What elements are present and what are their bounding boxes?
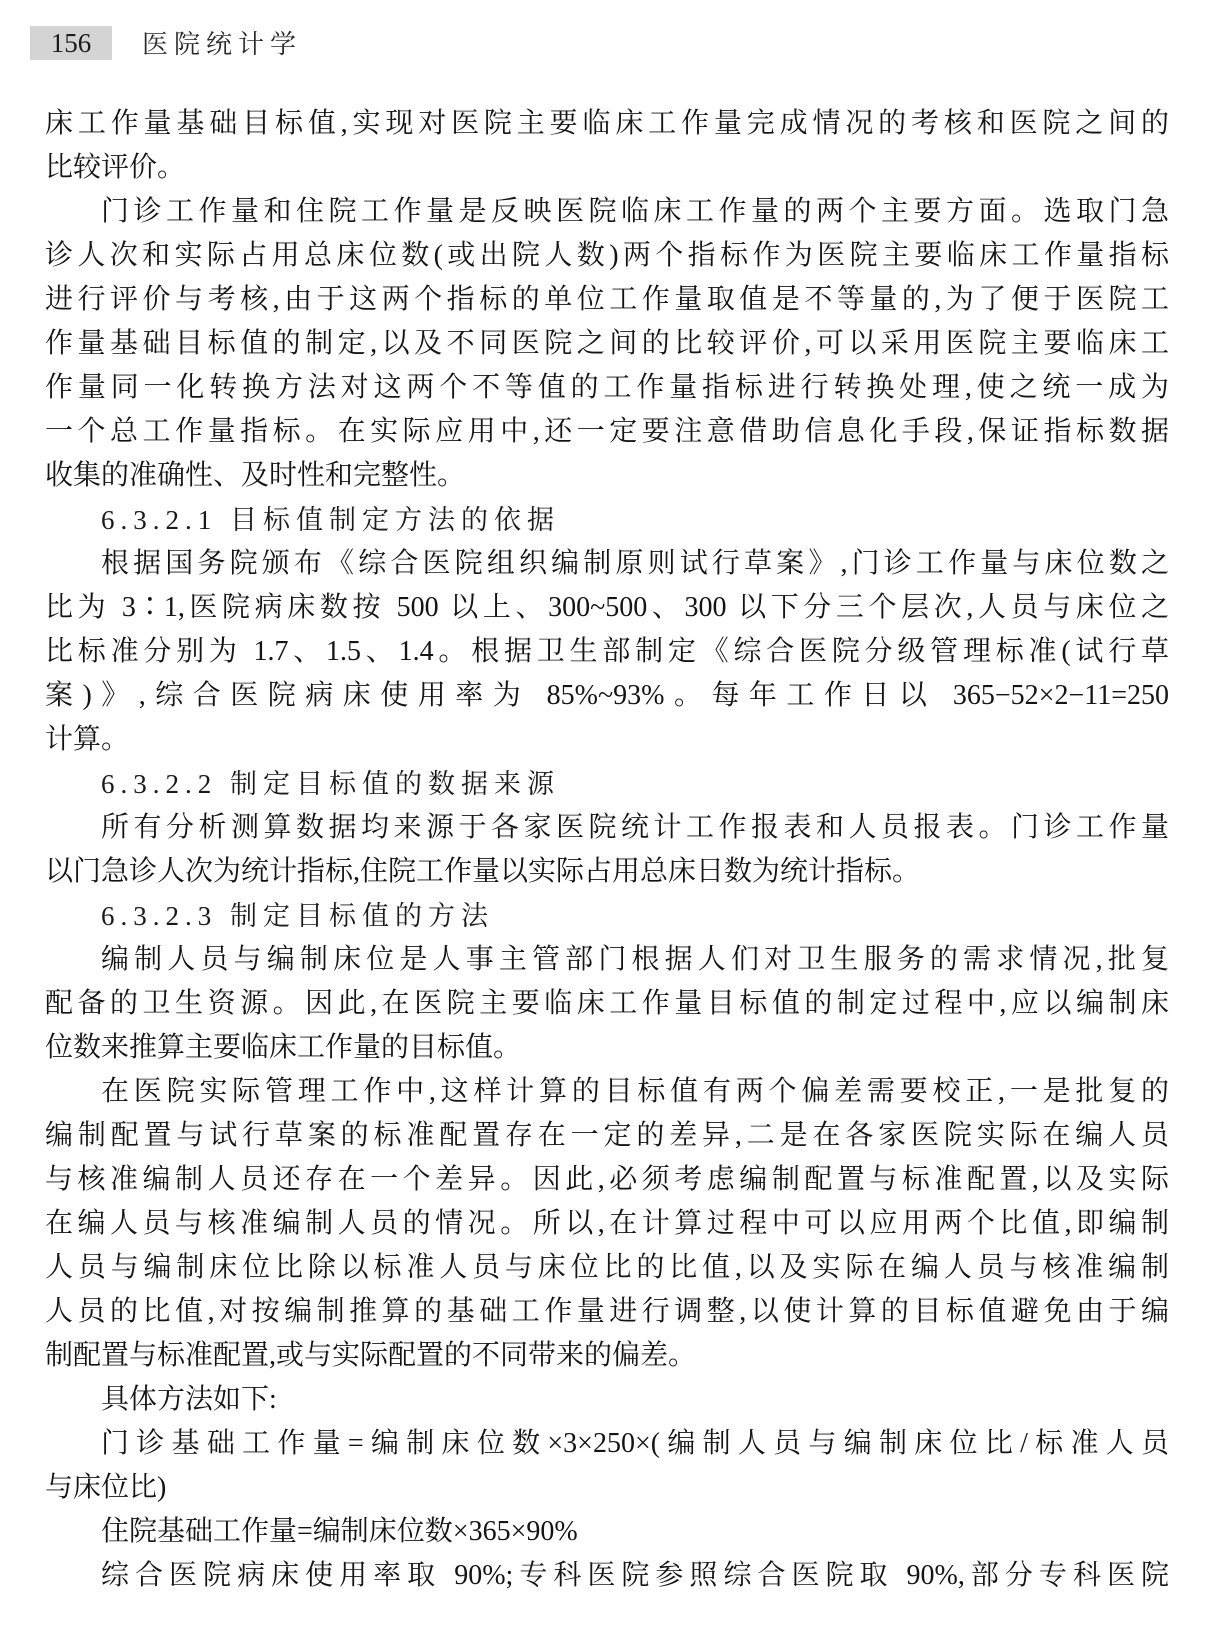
text-line: 比为 3∶1,医院病床数按 500 以上、300~500、300 以下分三个层次…: [45, 586, 1169, 630]
page-number-badge: 156: [30, 26, 112, 60]
text-line: 所有分析测算数据均来源于各家医院统计工作报表和人员报表。门诊工作量: [45, 806, 1169, 850]
text-line: 人员与编制床位比除以标准人员与床位比的比值,以及实际在编人员与核准编制: [45, 1246, 1169, 1290]
text-line: 编制配置与试行草案的标准配置存在一定的差异,二是在各家医院实际在编人员: [45, 1114, 1169, 1158]
text-line: 门诊基础工作量=编制床位数×3×250×(编制人员与编制床位比/标准人员: [45, 1422, 1169, 1466]
text-line: 比较评价。: [45, 146, 1169, 190]
text-line: 人员的比值,对按编制推算的基础工作量进行调整,以使计算的目标值避免由于编: [45, 1290, 1169, 1334]
page-header: 156 医院统计学: [30, 24, 302, 61]
text-line: 床工作量基础目标值,实现对医院主要临床工作量完成情况的考核和医院之间的: [45, 102, 1169, 146]
page-body: 床工作量基础目标值,实现对医院主要临床工作量完成情况的考核和医院之间的比较评价。…: [45, 102, 1169, 1598]
text-line: 诊人次和实际占用总床位数(或出院人数)两个指标作为医院主要临床工作量指标: [45, 234, 1169, 278]
text-line: 门诊工作量和住院工作量是反映医院临床工作量的两个主要方面。选取门急: [45, 190, 1169, 234]
book-page: 156 医院统计学 床工作量基础目标值,实现对医院主要临床工作量完成情况的考核和…: [0, 0, 1212, 1626]
text-line: 根据国务院颁布《综合医院组织编制原则试行草案》,门诊工作量与床位数之: [45, 542, 1169, 586]
book-title: 医院统计学: [142, 24, 302, 61]
section-heading: 6.3.2.3 制定目标值的方法: [45, 894, 1169, 938]
text-line: 比标准分别为 1.7、1.5、1.4。根据卫生部制定《综合医院分级管理标准(试行…: [45, 630, 1169, 674]
text-line: 收集的准确性、及时性和完整性。: [45, 454, 1169, 498]
text-line: 配备的卫生资源。因此,在医院主要临床工作量目标值的制定过程中,应以编制床: [45, 982, 1169, 1026]
section-heading: 6.3.2.2 制定目标值的数据来源: [45, 762, 1169, 806]
text-line: 编制人员与编制床位是人事主管部门根据人们对卫生服务的需求情况,批复: [45, 938, 1169, 982]
text-line: 制配置与标准配置,或与实际配置的不同带来的偏差。: [45, 1334, 1169, 1378]
text-line: 综合医院病床使用率取 90%;专科医院参照综合医院取 90%,部分专科医院: [45, 1554, 1169, 1598]
text-line: 与床位比): [45, 1466, 1169, 1510]
text-line: 在医院实际管理工作中,这样计算的目标值有两个偏差需要校正,一是批复的: [45, 1070, 1169, 1114]
text-line: 具体方法如下:: [45, 1378, 1169, 1422]
text-line: 一个总工作量指标。在实际应用中,还一定要注意借助信息化手段,保证指标数据: [45, 410, 1169, 454]
text-line: 与核准编制人员还存在一个差异。因此,必须考虑编制配置与标准配置,以及实际: [45, 1158, 1169, 1202]
text-line: 作量同一化转换方法对这两个不等值的工作量指标进行转换处理,使之统一成为: [45, 366, 1169, 410]
text-line: 进行评价与考核,由于这两个指标的单位工作量取值是不等量的,为了便于医院工: [45, 278, 1169, 322]
text-line: 在编人员与核准编制人员的情况。所以,在计算过程中可以应用两个比值,即编制: [45, 1202, 1169, 1246]
text-line: 以门急诊人次为统计指标,住院工作量以实际占用总床日数为统计指标。: [45, 850, 1169, 894]
text-line: 住院基础工作量=编制床位数×365×90%: [45, 1510, 1169, 1554]
text-line: 位数来推算主要临床工作量的目标值。: [45, 1026, 1169, 1070]
text-line: 作量基础目标值的制定,以及不同医院之间的比较评价,可以采用医院主要临床工: [45, 322, 1169, 366]
text-line: 案)》,综合医院病床使用率为 85%~93%。每年工作日以 365−52×2−1…: [45, 674, 1169, 718]
text-line: 计算。: [45, 718, 1169, 762]
section-heading: 6.3.2.1 目标值制定方法的依据: [45, 498, 1169, 542]
